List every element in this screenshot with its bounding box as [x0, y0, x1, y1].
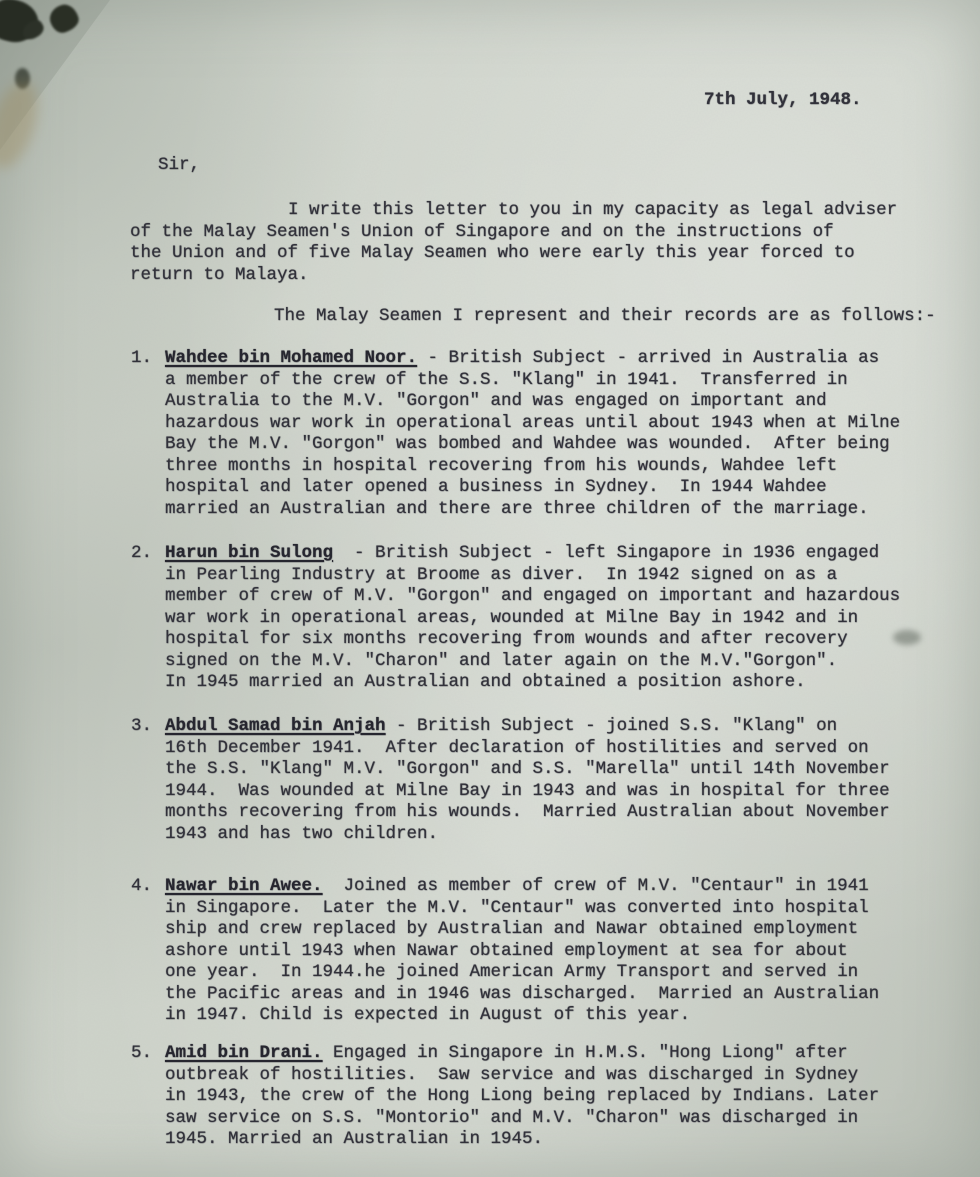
seaman-name: Amid bin Drani.	[165, 1043, 323, 1063]
text-line: in Pearling Industry at Broome as diver.…	[165, 565, 900, 587]
text-line: the Union and of five Malay Seamen who w…	[130, 243, 897, 265]
text-line: Australia to the M.V. "Gorgon" and was e…	[165, 391, 900, 413]
text-line: return to Malaya.	[130, 265, 897, 287]
entry-number: 1.	[131, 348, 152, 370]
text-line: member of crew of M.V. "Gorgon" and enga…	[165, 586, 900, 608]
seaman-name: Wahdee bin Mohamed Noor.	[165, 348, 417, 368]
text-line: - British Subject - left Singapore in 19…	[333, 543, 879, 563]
text-line: - British Subject - joined S.S. "Klang" …	[386, 716, 838, 736]
text-line: in 1947. Child is expected in August of …	[165, 1005, 879, 1027]
text-line: 1944. Was wounded at Milne Bay in 1943 a…	[165, 781, 890, 803]
text-line: Amid bin Drani. Engaged in Singapore in …	[165, 1043, 879, 1065]
entry-number: 3.	[131, 716, 152, 738]
text-line: months recovering from his wounds. Marri…	[165, 802, 890, 824]
text-line: hazardous war work in operational areas …	[165, 413, 900, 435]
text-line: married an Australian and there are thre…	[165, 499, 900, 521]
text-line: 1945. Married an Australian in 1945.	[165, 1129, 879, 1151]
text-line: the S.S. "Klang" M.V. "Gorgon" and S.S. …	[165, 759, 890, 781]
seaman-name: Harun bin Sulong	[165, 543, 333, 563]
entry-number: 2.	[131, 543, 152, 565]
text-line: Abdul Samad bin Anjah - British Subject …	[165, 716, 890, 738]
entry-number: 4.	[131, 876, 152, 898]
seaman-entry: 1. Wahdee bin Mohamed Noor. - British Su…	[165, 348, 900, 520]
text-line: in Singapore. Later the M.V. "Centaur" w…	[165, 898, 879, 920]
text-line: outbreak of hostilities. Saw service and…	[165, 1065, 879, 1087]
text-line: one year. In 1944.he joined American Arm…	[165, 962, 879, 984]
letter-body: 7th July, 1948. Sir, I write this letter…	[0, 0, 980, 1177]
text-line: saw service on S.S. "Montorio" and M.V. …	[165, 1108, 879, 1130]
text-line: Bay the M.V. "Gorgon" was bombed and Wah…	[165, 434, 900, 456]
intro-paragraph: I write this letter to you in my capacit…	[130, 200, 897, 286]
letter-page: 7th July, 1948. Sir, I write this letter…	[0, 0, 980, 1177]
text-line: three months in hospital recovering from…	[165, 456, 900, 478]
entry-number: 5.	[131, 1043, 152, 1065]
text-line: a member of the crew of the S.S. "Klang"…	[165, 370, 900, 392]
text-line: the Pacific areas and in 1946 was discha…	[165, 984, 879, 1006]
text-line: Nawar bin Awee. Joined as member of crew…	[165, 876, 879, 898]
seaman-name: Nawar bin Awee.	[165, 876, 323, 896]
text-line: of the Malay Seamen's Union of Singapore…	[130, 222, 897, 244]
text-line: 1943 and has two children.	[165, 824, 890, 846]
seaman-entry: 5. Amid bin Drani. Engaged in Singapore …	[165, 1043, 879, 1151]
text-line: - British Subject - arrived in Australia…	[417, 348, 879, 368]
text-line: In 1945 married an Australian and obtain…	[165, 672, 900, 694]
text-line: war work in operational areas, wounded a…	[165, 608, 900, 630]
text-line: ashore until 1943 when Nawar obtained em…	[165, 941, 879, 963]
seaman-entry: 4. Nawar bin Awee. Joined as member of c…	[165, 876, 879, 1027]
text-line: Harun bin Sulong - British Subject - lef…	[165, 543, 900, 565]
text-line: in 1943, the crew of the Hong Liong bein…	[165, 1086, 879, 1108]
text-line: signed on the M.V. "Charon" and later ag…	[165, 651, 900, 673]
text-line: hospital for six months recovering from …	[165, 629, 900, 651]
text-line: hospital and later opened a business in …	[165, 477, 900, 499]
letter-date: 7th July, 1948.	[704, 90, 862, 112]
text-line: Joined as member of crew of M.V. "Centau…	[323, 876, 869, 896]
seaman-name: Abdul Samad bin Anjah	[165, 716, 386, 736]
list-intro: The Malay Seamen I represent and their r…	[274, 306, 936, 328]
seaman-entry: 3. Abdul Samad bin Anjah - British Subje…	[165, 716, 890, 845]
seaman-entry: 2. Harun bin Sulong - British Subject - …	[165, 543, 900, 694]
text-line: I write this letter to you in my capacit…	[130, 200, 897, 222]
text-line: Engaged in Singapore in H.M.S. "Hong Lio…	[323, 1043, 848, 1063]
salutation: Sir,	[158, 155, 200, 177]
text-line: Wahdee bin Mohamed Noor. - British Subje…	[165, 348, 900, 370]
text-line: 16th December 1941. After declaration of…	[165, 738, 890, 760]
text-line: ship and crew replaced by Australian and…	[165, 919, 879, 941]
